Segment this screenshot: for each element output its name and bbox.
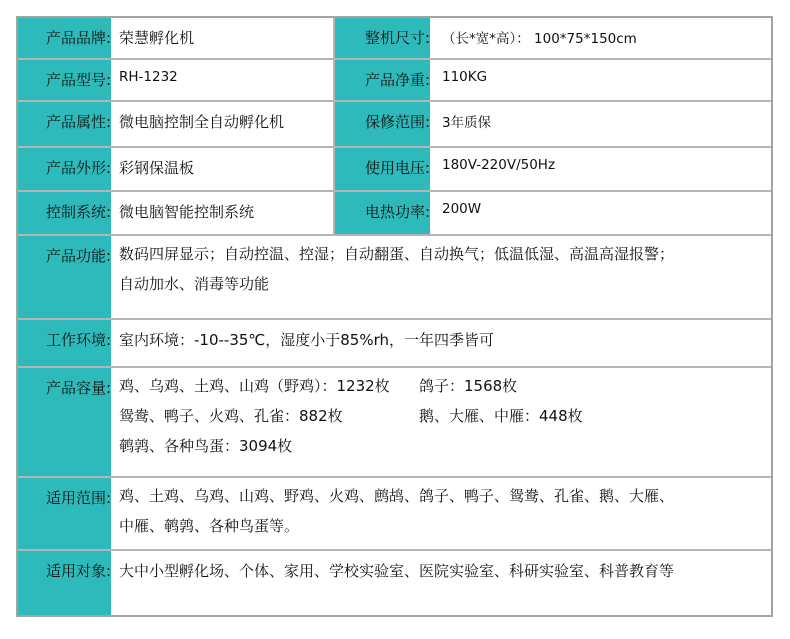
spec-cell-brand: 产品品牌: 荣慧孵化机 bbox=[18, 18, 335, 58]
spec-value: 荣慧孵化机 bbox=[111, 18, 194, 58]
spec-cell-attribute: 产品属性: 微电脑控制全自动孵化机 bbox=[18, 102, 335, 146]
capacity-item: 鸳鸯、鸭子、火鸡、孔雀：882枚 bbox=[119, 401, 419, 431]
spec-label: 电热功率: bbox=[335, 192, 430, 234]
spec-value-functions: 数码四屏显示；自动控温、控湿；自动翻蛋、自动换气；低温低湿、高温高湿报警； 自动… bbox=[111, 236, 674, 318]
spec-row-shape-voltage: 产品外形: 彩钢保温板 使用电压: 180V-220V/50Hz bbox=[18, 148, 771, 192]
spec-label: 产品属性: bbox=[18, 102, 111, 146]
capacity-item: 鸽子：1568枚 bbox=[419, 371, 517, 401]
spec-value: （长*宽*高）： 100*75*150cm bbox=[430, 18, 637, 58]
capacity-line: 鸡、乌鸡、土鸡、山鸡（野鸡）：1232枚鸽子：1568枚 bbox=[119, 371, 583, 401]
spec-cell-control: 控制系统: 微电脑智能控制系统 bbox=[18, 192, 335, 234]
spec-value-environment: 室内环境：-10--35℃，湿度小于85%rh，一年四季皆可 bbox=[111, 320, 494, 366]
spec-row-environment: 工作环境: 室内环境：-10--35℃，湿度小于85%rh，一年四季皆可 bbox=[18, 320, 771, 368]
spec-label: 产品净重: bbox=[335, 60, 430, 100]
spec-row-attribute-warranty: 产品属性: 微电脑控制全自动孵化机 保修范围: 3年质保 bbox=[18, 102, 771, 148]
spec-row-control-power: 控制系统: 微电脑智能控制系统 电热功率: 200W bbox=[18, 192, 771, 236]
product-spec-table: 产品品牌: 荣慧孵化机 整机尺寸: （长*宽*高）： 100*75*150cm … bbox=[16, 16, 773, 617]
spec-value-audience: 大中小型孵化场、个体、家用、学校实验室、医院实验室、科研实验室、科普教育等 bbox=[111, 551, 674, 615]
spec-row-capacity: 产品容量: 鸡、乌鸡、土鸡、山鸡（野鸡）：1232枚鸽子：1568枚 鸳鸯、鸭子… bbox=[18, 368, 771, 478]
spec-label: 适用范围: bbox=[18, 478, 111, 549]
functions-line: 数码四屏显示；自动控温、控湿；自动翻蛋、自动换气；低温低湿、高温高湿报警； bbox=[119, 239, 674, 269]
spec-label: 产品功能: bbox=[18, 236, 111, 318]
capacity-item: 鹅、大雁、中雁：448枚 bbox=[419, 401, 583, 431]
spec-label: 使用电压: bbox=[335, 148, 430, 190]
functions-line: 自动加水、消毒等功能 bbox=[119, 269, 674, 299]
spec-label: 适用对象: bbox=[18, 551, 111, 615]
spec-row-scope: 适用范围: 鸡、土鸡、乌鸡、山鸡、野鸡、火鸡、鹧鸪、鸽子、鸭子、鸳鸯、孔雀、鹅、… bbox=[18, 478, 771, 551]
spec-label: 保修范围: bbox=[335, 102, 430, 146]
spec-label: 产品品牌: bbox=[18, 18, 111, 58]
spec-cell-warranty: 保修范围: 3年质保 bbox=[335, 102, 771, 146]
spec-value: 180V-220V/50Hz bbox=[430, 148, 555, 190]
spec-label: 产品型号: bbox=[18, 60, 111, 100]
capacity-line: 鹌鹑、各种鸟蛋：3094枚 bbox=[119, 431, 583, 461]
spec-label: 产品外形: bbox=[18, 148, 111, 190]
spec-value: 110KG bbox=[430, 60, 487, 100]
spec-value: 200W bbox=[430, 192, 481, 234]
scope-line: 中雁、鹌鹑、各种鸟蛋等。 bbox=[119, 511, 674, 541]
spec-value-scope: 鸡、土鸡、乌鸡、山鸡、野鸡、火鸡、鹧鸪、鸽子、鸭子、鸳鸯、孔雀、鹅、大雁、 中雁… bbox=[111, 478, 674, 549]
spec-cell-power: 电热功率: 200W bbox=[335, 192, 771, 234]
spec-row-model-weight: 产品型号: RH-1232 产品净重: 110KG bbox=[18, 60, 771, 102]
spec-cell-size: 整机尺寸: （长*宽*高）： 100*75*150cm bbox=[335, 18, 771, 58]
spec-cell-model: 产品型号: RH-1232 bbox=[18, 60, 335, 100]
spec-value: 3年质保 bbox=[430, 102, 491, 146]
spec-cell-weight: 产品净重: 110KG bbox=[335, 60, 771, 100]
spec-value-capacity: 鸡、乌鸡、土鸡、山鸡（野鸡）：1232枚鸽子：1568枚 鸳鸯、鸭子、火鸡、孔雀… bbox=[111, 368, 583, 476]
capacity-item: 鸡、乌鸡、土鸡、山鸡（野鸡）：1232枚 bbox=[119, 371, 419, 401]
capacity-line: 鸳鸯、鸭子、火鸡、孔雀：882枚鹅、大雁、中雁：448枚 bbox=[119, 401, 583, 431]
spec-row-brand-size: 产品品牌: 荣慧孵化机 整机尺寸: （长*宽*高）： 100*75*150cm bbox=[18, 18, 771, 60]
scope-line: 鸡、土鸡、乌鸡、山鸡、野鸡、火鸡、鹧鸪、鸽子、鸭子、鸳鸯、孔雀、鹅、大雁、 bbox=[119, 481, 674, 511]
spec-label: 整机尺寸: bbox=[335, 18, 430, 58]
spec-row-audience: 适用对象: 大中小型孵化场、个体、家用、学校实验室、医院实验室、科研实验室、科普… bbox=[18, 551, 771, 615]
spec-label: 产品容量: bbox=[18, 368, 111, 476]
spec-value: 微电脑控制全自动孵化机 bbox=[111, 102, 284, 146]
spec-label: 工作环境: bbox=[18, 320, 111, 366]
spec-value: RH-1232 bbox=[111, 60, 178, 100]
capacity-item: 鹌鹑、各种鸟蛋：3094枚 bbox=[119, 431, 292, 461]
spec-label: 控制系统: bbox=[18, 192, 111, 234]
spec-value: 微电脑智能控制系统 bbox=[111, 192, 254, 234]
spec-cell-voltage: 使用电压: 180V-220V/50Hz bbox=[335, 148, 771, 190]
spec-row-functions: 产品功能: 数码四屏显示；自动控温、控湿；自动翻蛋、自动换气；低温低湿、高温高湿… bbox=[18, 236, 771, 320]
spec-cell-shape: 产品外形: 彩钢保温板 bbox=[18, 148, 335, 190]
spec-value: 彩钢保温板 bbox=[111, 148, 194, 190]
